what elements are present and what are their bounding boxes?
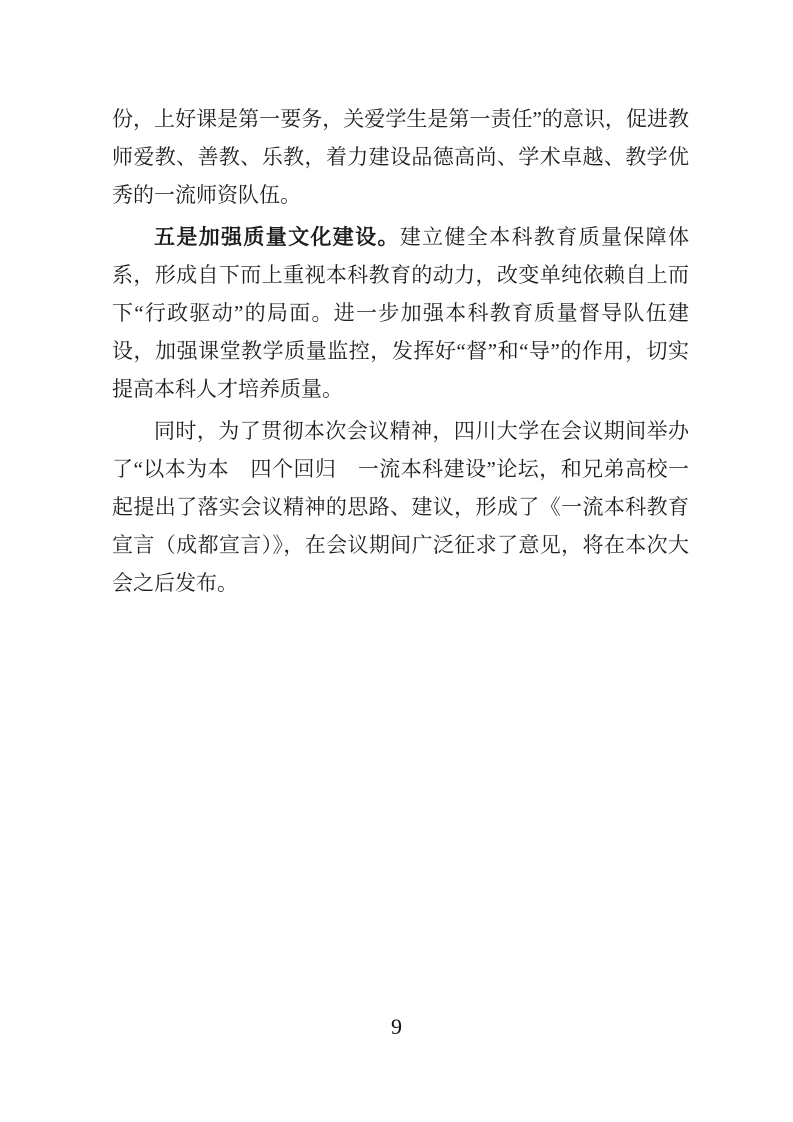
paragraph-teacher-team-text: 份，上好课是第一要务，关爱学生是第一责任”的意识，促进教师爱教、善教、乐教，着力…: [112, 107, 689, 207]
paragraph-forum-declaration: 同时，为了贯彻本次会议精神，四川大学在会议期间举办了“以本为本 四个回归 一流本…: [112, 412, 689, 602]
page-number: 9: [0, 1013, 793, 1041]
paragraph-quality-culture-bold-lead: 五是加强质量文化建设。: [154, 225, 400, 249]
paragraph-quality-culture: 五是加强质量文化建设。建立健全本科教育质量保障体系，形成自下而上重视本科教育的动…: [112, 218, 689, 408]
document-page: 份，上好课是第一要务，关爱学生是第一责任”的意识，促进教师爱教、善教、乐教，着力…: [0, 0, 793, 1122]
document-body: 份，上好课是第一要务，关爱学生是第一责任”的意识，促进教师爱教、善教、乐教，着力…: [112, 100, 689, 602]
paragraph-teacher-team: 份，上好课是第一要务，关爱学生是第一责任”的意识，促进教师爱教、善教、乐教，着力…: [112, 100, 689, 214]
paragraph-quality-culture-text: 建立健全本科教育质量保障体系，形成自下而上重视本科教育的动力，改变单纯依赖自上而…: [112, 225, 689, 401]
paragraph-forum-declaration-text: 同时，为了贯彻本次会议精神，四川大学在会议期间举办了“以本为本 四个回归 一流本…: [112, 419, 689, 595]
